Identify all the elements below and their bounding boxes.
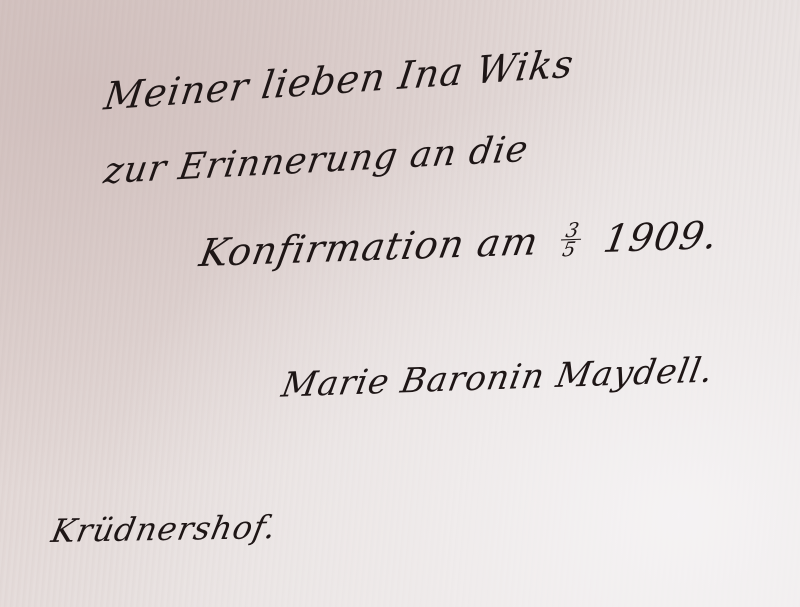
signature: Marie Baronin Maydell. [279, 350, 717, 405]
paper-background: Meiner lieben Ina Wiks zur Erinnerung an… [0, 0, 800, 607]
dedication-line-2: zur Erinnerung an die [101, 129, 531, 193]
dedication-line-1: Meiner lieben Ina Wiks [101, 41, 576, 118]
date-fraction: 3 5 [558, 221, 584, 259]
date-month: 5 [561, 240, 578, 259]
place-name: Krüdnershof. [48, 508, 280, 550]
confirmation-text: Konfirmation am [196, 219, 542, 275]
date-year: 1909. [600, 213, 722, 261]
dedication-line-3: Konfirmation am 3 5 1909. [196, 213, 722, 275]
